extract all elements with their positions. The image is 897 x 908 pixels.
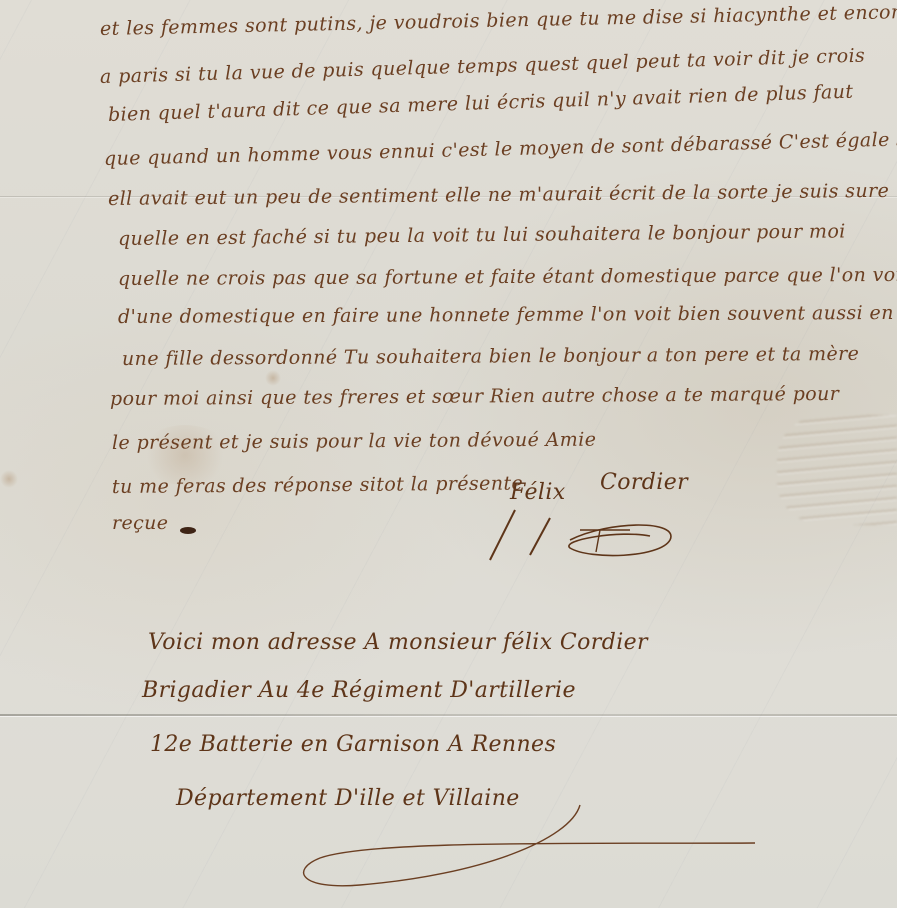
body-line: tu me feras des réponse sitot la présent…	[112, 472, 523, 498]
body-line: et les femmes sont putins, je voudrois b…	[100, 1, 897, 40]
address-line: Brigadier Au 4e Régiment D'artillerie	[142, 678, 576, 703]
paper-crumple	[777, 415, 897, 525]
body-line: ell avait eut un peu de sentiment elle n…	[108, 180, 889, 210]
body-line: a paris si tu la vue de puis quelque tem…	[100, 45, 866, 88]
address-line: Voici mon adresse A monsieur félix Cordi…	[148, 630, 648, 655]
body-line: bien quel t'aura dit ce que sa mere lui …	[108, 81, 854, 126]
stain-spot	[0, 470, 18, 488]
body-line: d'une domestique en faire une honnete fe…	[118, 302, 897, 328]
body-line: le présent et je suis pour la vie ton dé…	[112, 429, 596, 454]
body-line: reçue	[112, 512, 168, 534]
ink-blot	[180, 527, 196, 534]
paper-fold-line	[0, 714, 897, 716]
stain-spot	[265, 370, 281, 386]
body-line: une fille dessordonné Tu souhaitera bien…	[122, 343, 859, 370]
address-underline-flourish-icon	[280, 800, 760, 900]
body-line: quelle ne crois pas que sa fortune et fa…	[118, 264, 897, 290]
body-line: pour moi ainsi que tes freres et sœur Ri…	[110, 383, 839, 410]
signature-flourish-icon	[470, 500, 690, 580]
address-line: 12e Batterie en Garnison A Rennes	[150, 732, 556, 757]
letter-page: et les femmes sont putins, je voudrois b…	[0, 0, 897, 908]
body-line: que quand un homme vous ennui c'est le m…	[104, 128, 897, 170]
body-line: quelle en est faché si tu peu la voit tu…	[118, 220, 846, 250]
signature-last-name: Cordier	[600, 470, 688, 495]
